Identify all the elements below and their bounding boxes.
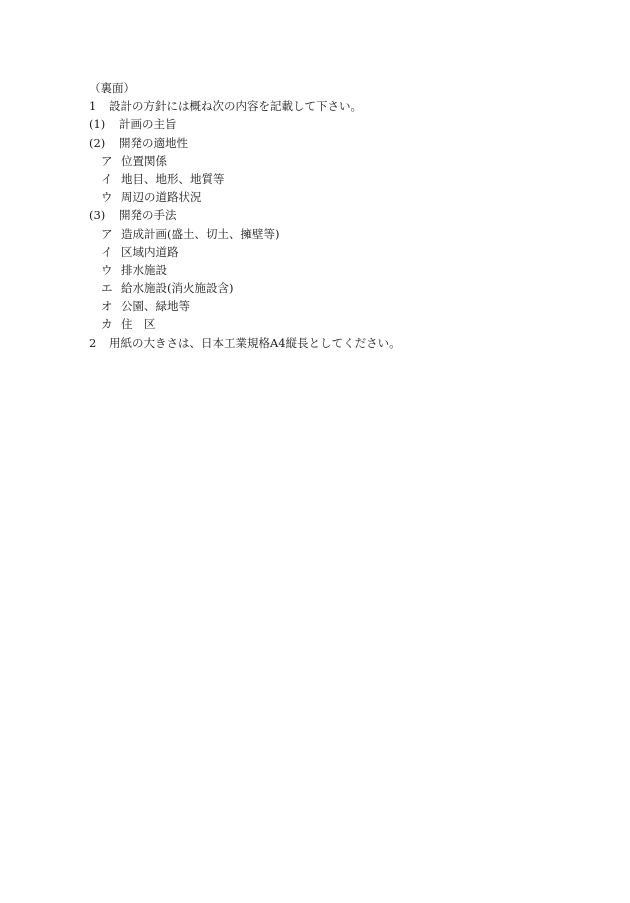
item-number: 2 xyxy=(89,334,109,352)
item-text: 区域内道路 xyxy=(121,243,179,261)
heading-text: （裏面） xyxy=(89,79,135,97)
item-1: 1 設計の方針には概ね次の内容を記載して下さい。 xyxy=(89,97,549,115)
item-number: 1 xyxy=(89,97,109,115)
item-text: 用紙の大きさは、日本工業規格A4縦長としてください。 xyxy=(109,334,401,352)
item-1-3-e: エ 給水施設(消火施設含) xyxy=(89,279,549,297)
item-kana: ウ xyxy=(101,188,121,206)
item-kana: オ xyxy=(101,297,121,315)
item-1-3: (3) 開発の手法 xyxy=(89,206,549,224)
item-number: (3) xyxy=(89,206,119,224)
item-1-3-ka: カ 住 区 xyxy=(89,315,549,333)
item-text: 設計の方針には概ね次の内容を記載して下さい。 xyxy=(109,97,362,115)
item-kana: ア xyxy=(101,225,121,243)
item-text: 公園、緑地等 xyxy=(121,297,190,315)
item-number: (1) xyxy=(89,115,119,133)
item-1-3-i: イ 区域内道路 xyxy=(89,243,549,261)
item-1-2-i: イ 地目、地形、地質等 xyxy=(89,170,549,188)
document-page: （裏面） 1 設計の方針には概ね次の内容を記載して下さい。 (1) 計画の主旨 … xyxy=(89,79,549,352)
item-number: (2) xyxy=(89,134,119,152)
item-1-2: (2) 開発の適地性 xyxy=(89,134,549,152)
item-text: 位置関係 xyxy=(121,152,167,170)
item-1-3-u: ウ 排水施設 xyxy=(89,261,549,279)
item-text: 給水施設(消火施設含) xyxy=(121,279,233,297)
item-2: 2 用紙の大きさは、日本工業規格A4縦長としてください。 xyxy=(89,334,549,352)
item-1-2-u: ウ 周辺の道路状況 xyxy=(89,188,549,206)
item-kana: カ xyxy=(101,315,121,333)
back-side-heading: （裏面） xyxy=(89,79,549,97)
item-text: 周辺の道路状況 xyxy=(121,188,202,206)
item-text: 排水施設 xyxy=(121,261,167,279)
item-text: 住 区 xyxy=(121,315,156,333)
item-kana: イ xyxy=(101,243,121,261)
item-kana: イ xyxy=(101,170,121,188)
item-text: 計画の主旨 xyxy=(119,115,177,133)
item-kana: エ xyxy=(101,279,121,297)
item-text: 地目、地形、地質等 xyxy=(121,170,225,188)
item-1-1: (1) 計画の主旨 xyxy=(89,115,549,133)
item-text: 開発の手法 xyxy=(119,206,177,224)
item-kana: ウ xyxy=(101,261,121,279)
item-text: 開発の適地性 xyxy=(119,134,188,152)
item-1-3-a: ア 造成計画(盛土、切土、擁壁等) xyxy=(89,225,549,243)
item-1-3-o: オ 公園、緑地等 xyxy=(89,297,549,315)
item-text: 造成計画(盛土、切土、擁壁等) xyxy=(121,225,279,243)
item-kana: ア xyxy=(101,152,121,170)
item-1-2-a: ア 位置関係 xyxy=(89,152,549,170)
